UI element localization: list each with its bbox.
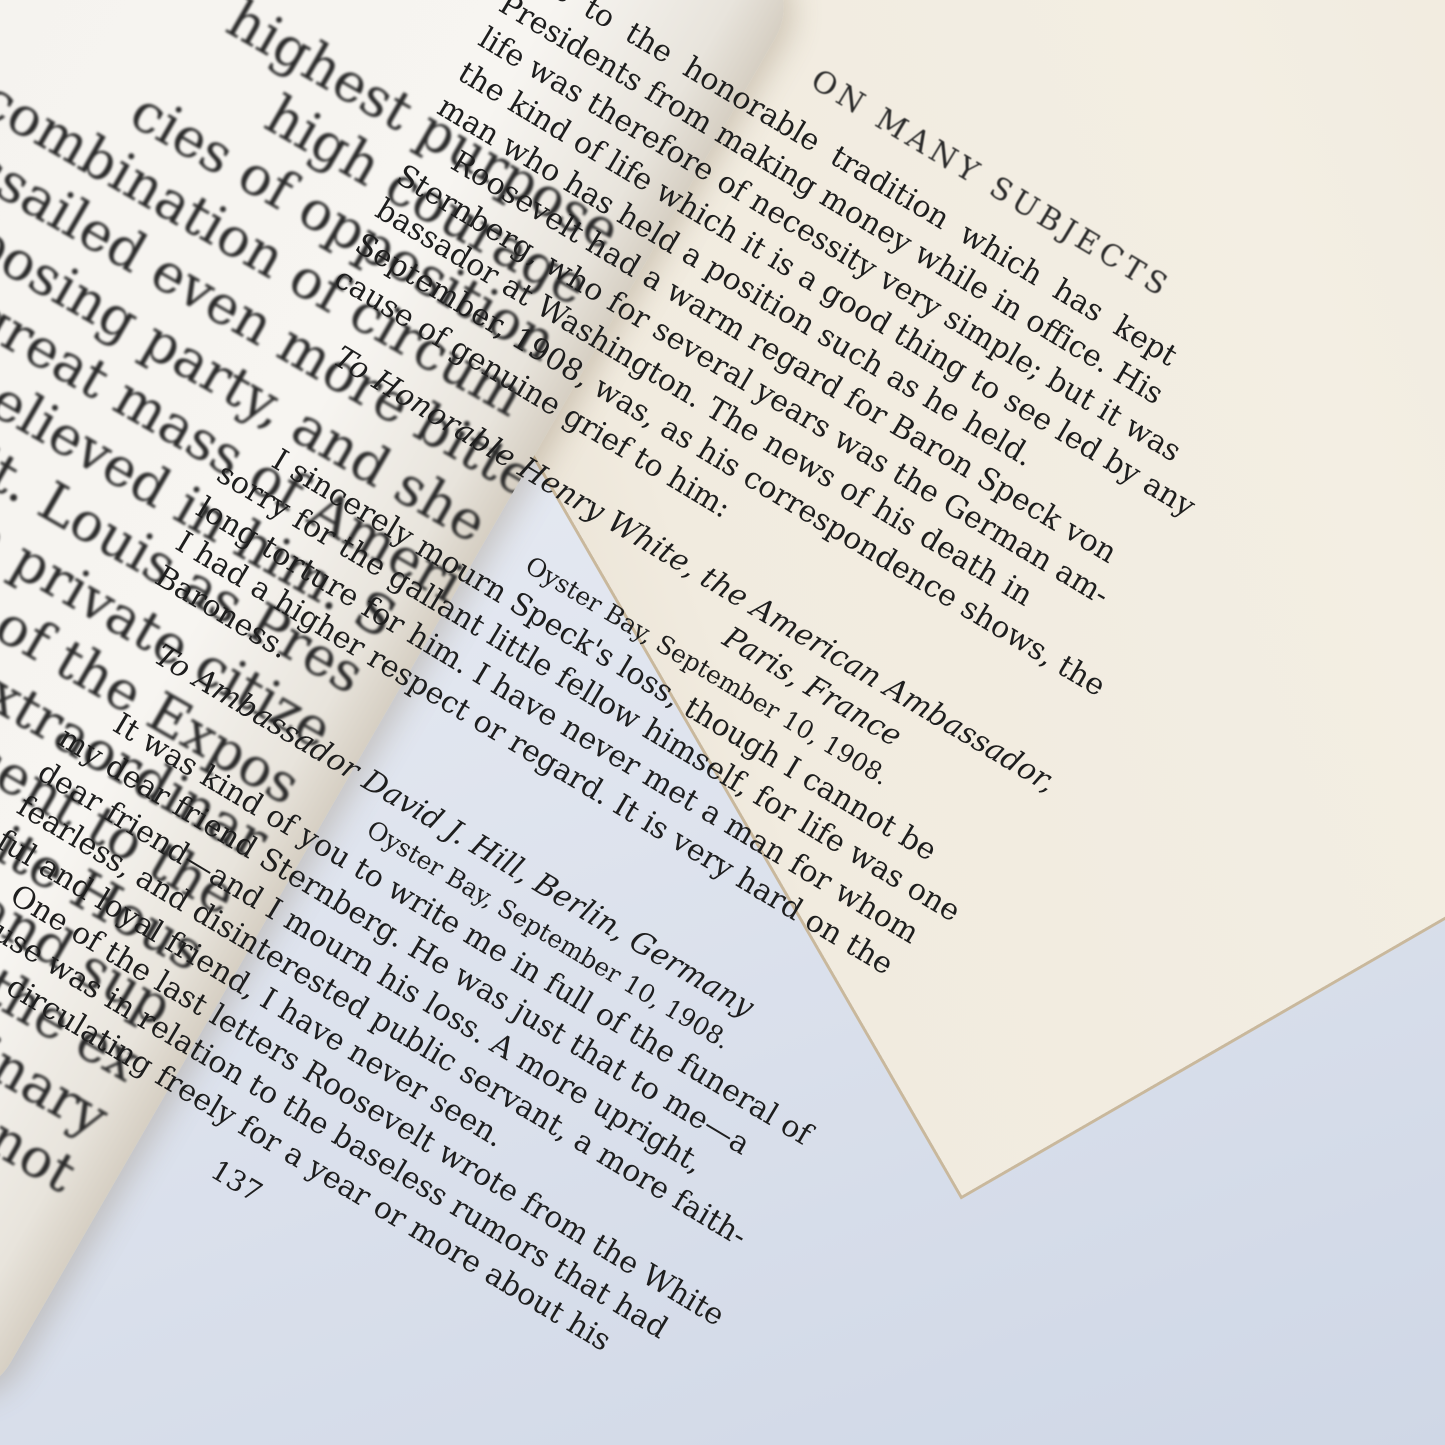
book-photo: highest purpose high courage cies of opp… — [0, 0, 1445, 1445]
